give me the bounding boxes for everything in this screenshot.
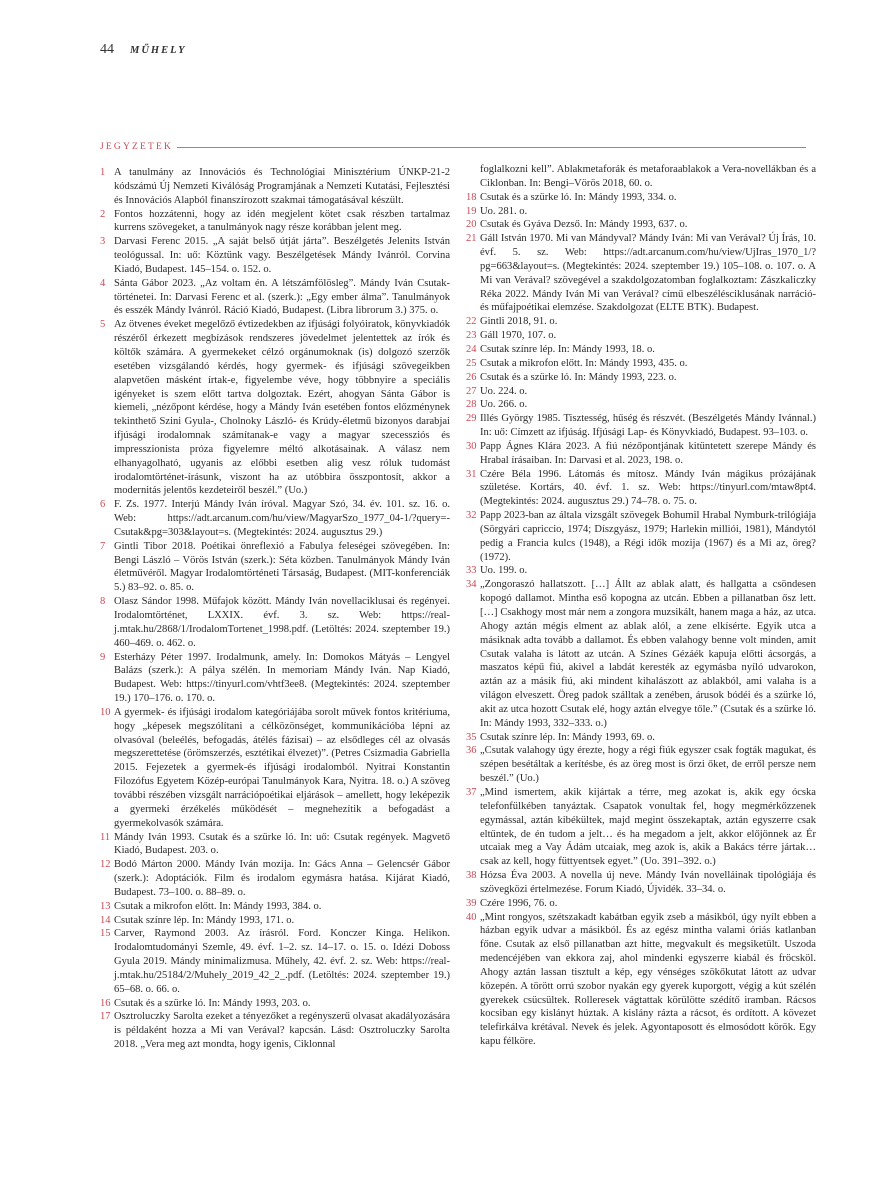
footnote-number: 1 xyxy=(100,166,114,208)
footnote: 34„Zongoraszó hallatszott. […] Állt az a… xyxy=(466,578,816,730)
footnote: 26Csutak és a szürke ló. In: Mándy 1993,… xyxy=(466,371,816,385)
footnote-text: Gáll István 1970. Mi van Mándyval? Mándy… xyxy=(480,232,816,315)
footnote-text: Uo. 281. o. xyxy=(480,205,816,219)
footnote-text: Mándy Iván 1993. Csutak és a szürke ló. … xyxy=(114,831,450,859)
footnote-number: 33 xyxy=(466,564,480,578)
footnote-text: Gintli Tibor 2018. Poétikai önreflexió a… xyxy=(114,540,450,595)
footnote: 30Papp Ágnes Klára 2023. A fiú nézőpontj… xyxy=(466,440,816,468)
footnote: 22Gintli 2018, 91. o. xyxy=(466,315,816,329)
footnote-text: Csutak színre lép. In: Mándy 1993, 18. o… xyxy=(480,343,816,357)
footnote: 5Az ötvenes éveket megelőző évtizedekben… xyxy=(100,318,450,498)
footnote-text: Csutak és a szürke ló. In: Mándy 1993, 2… xyxy=(480,371,816,385)
journal-name: MŰHELY xyxy=(130,45,187,56)
footnote-text: Bodó Márton 2000. Mándy Iván mozija. In:… xyxy=(114,858,450,900)
footnote: 13Csutak a mikrofon előtt. In: Mándy 199… xyxy=(100,900,450,914)
footnote: 8Olasz Sándor 1998. Műfajok között. Mánd… xyxy=(100,595,450,650)
footnote: 18Csutak és a szürke ló. In: Mándy 1993,… xyxy=(466,191,816,205)
footnote: 21Gáll István 1970. Mi van Mándyval? Mán… xyxy=(466,232,816,315)
footnote-number: 38 xyxy=(466,869,480,897)
footnote-number: 26 xyxy=(466,371,480,385)
footnote-number: 21 xyxy=(466,232,480,315)
footnote-number: 8 xyxy=(100,595,114,650)
footnote: 19Uo. 281. o. xyxy=(466,205,816,219)
footnote-text: Csutak a mikrofon előtt. In: Mándy 1993,… xyxy=(114,900,450,914)
footnote-text: Czére 1996, 76. o. xyxy=(480,897,816,911)
footnote: 32Papp 2023-ban az általa vizsgált szöve… xyxy=(466,509,816,564)
footnote: 14Csutak színre lép. In: Mándy 1993, 171… xyxy=(100,914,450,928)
footnote-number: 2 xyxy=(100,208,114,236)
footnote-text: A tanulmány az Innovációs és Technológia… xyxy=(114,166,450,208)
footnote-number: 20 xyxy=(466,218,480,232)
footnote-text: Illés György 1985. Tisztesség, hűség és … xyxy=(480,412,816,440)
footnote: 25Csutak a mikrofon előtt. In: Mándy 199… xyxy=(466,357,816,371)
footnote-text: Az ötvenes éveket megelőző évtizedekben … xyxy=(114,318,450,498)
footnote: 11Mándy Iván 1993. Csutak és a szürke ló… xyxy=(100,831,450,859)
footnote-text: Csutak a mikrofon előtt. In: Mándy 1993,… xyxy=(480,357,816,371)
footnote-text: Csutak színre lép. In: Mándy 1993, 171. … xyxy=(114,914,450,928)
footnote-text: Csutak és Gyáva Dezső. In: Mándy 1993, 6… xyxy=(480,218,816,232)
footnote-number: 18 xyxy=(466,191,480,205)
footnote-text: Osztroluczky Sarolta ezeket a tényezőket… xyxy=(114,1010,450,1052)
footnote-number: 11 xyxy=(100,831,114,859)
footnote-text: Fontos hozzátenni, hogy az idén megjelen… xyxy=(114,208,450,236)
footnote-number: 10 xyxy=(100,706,114,831)
footnote-text: Carver, Raymond 2003. Az írásról. Ford. … xyxy=(114,927,450,996)
footnote: 39Czére 1996, 76. o. xyxy=(466,897,816,911)
footnote-number: 30 xyxy=(466,440,480,468)
footnote-text: Uo. 224. o. xyxy=(480,385,816,399)
footnote: 28Uo. 266. o. xyxy=(466,398,816,412)
footnote-text: Olasz Sándor 1998. Műfajok között. Mándy… xyxy=(114,595,450,650)
footnote-number: 7 xyxy=(100,540,114,595)
footnote: 12Bodó Márton 2000. Mándy Iván mozija. I… xyxy=(100,858,450,900)
section-heading: Jegyzetek xyxy=(100,142,806,152)
footnote-number: 27 xyxy=(466,385,480,399)
footnote-number: 32 xyxy=(466,509,480,564)
running-head: 44 MŰHELY xyxy=(100,42,187,58)
footnote-text: „Zongoraszó hallatszott. […] Állt az abl… xyxy=(480,578,816,730)
footnote-text: Uo. 199. o. xyxy=(480,564,816,578)
footnote-text: Esterházy Péter 1997. Irodalmunk, amely.… xyxy=(114,651,450,706)
footnote-text: Papp Ágnes Klára 2023. A fiú nézőpontján… xyxy=(480,440,816,468)
footnote-number: 37 xyxy=(466,786,480,869)
footnote-text: Csutak és a szürke ló. In: Mándy 1993, 2… xyxy=(114,997,450,1011)
footnote-number: 19 xyxy=(466,205,480,219)
footnote: 40„Mint rongyos, szétszakadt kabátban eg… xyxy=(466,911,816,1049)
footnote-text: „Mint rongyos, szétszakadt kabátban egyi… xyxy=(480,911,816,1049)
page-number: 44 xyxy=(100,42,114,58)
footnote-text: Papp 2023-ban az általa vizsgált szövege… xyxy=(480,509,816,564)
footnote-number: 13 xyxy=(100,900,114,914)
footnote-text: Sánta Gábor 2023. „Az voltam én. A létsz… xyxy=(114,277,450,319)
footnote: 3Darvasi Ferenc 2015. „A saját belső útj… xyxy=(100,235,450,277)
footnote-number: 28 xyxy=(466,398,480,412)
footnote-number: 25 xyxy=(466,357,480,371)
footnote-number: 6 xyxy=(100,498,114,540)
footnote: 24Csutak színre lép. In: Mándy 1993, 18.… xyxy=(466,343,816,357)
footnote-text: Czére Béla 1996. Látomás és mítosz. Mánd… xyxy=(480,468,816,510)
footnote: 27Uo. 224. o. xyxy=(466,385,816,399)
footnote-text: Hózsa Éva 2003. A novella új neve. Mándy… xyxy=(480,869,816,897)
section-title: Jegyzetek xyxy=(100,142,177,152)
footnote: 33Uo. 199. o. xyxy=(466,564,816,578)
footnote: 23Gáll 1970, 107. o. xyxy=(466,329,816,343)
footnote-number: 22 xyxy=(466,315,480,329)
footnote: 4Sánta Gábor 2023. „Az voltam én. A léts… xyxy=(100,277,450,319)
notes-right-column: foglalkozni kell”. Ablakmetaforák és met… xyxy=(466,163,816,1049)
note-17-continuation: foglalkozni kell”. Ablakmetaforák és met… xyxy=(466,163,816,191)
footnote: 36„Csutak valahogy úgy érezte, hogy a ré… xyxy=(466,744,816,786)
footnote-number: 4 xyxy=(100,277,114,319)
footnote: 29Illés György 1985. Tisztesség, hűség é… xyxy=(466,412,816,440)
footnote-number: 15 xyxy=(100,927,114,996)
footnote-text: Csutak és a szürke ló. In: Mándy 1993, 3… xyxy=(480,191,816,205)
footnote: 1A tanulmány az Innovációs és Technológi… xyxy=(100,166,450,208)
footnote: 16Csutak és a szürke ló. In: Mándy 1993,… xyxy=(100,997,450,1011)
footnote-number: 29 xyxy=(466,412,480,440)
footnote-text: Gintli 2018, 91. o. xyxy=(480,315,816,329)
footnote-number: 40 xyxy=(466,911,480,1049)
footnote-number: 39 xyxy=(466,897,480,911)
footnote-number: 23 xyxy=(466,329,480,343)
footnote-text: „Csutak valahogy úgy érezte, hogy a régi… xyxy=(480,744,816,786)
footnote-number: 5 xyxy=(100,318,114,498)
footnote: 17Osztroluczky Sarolta ezeket a tényezők… xyxy=(100,1010,450,1052)
footnote-number: 34 xyxy=(466,578,480,730)
footnote-text: „Mind ismertem, akik kijártak a térre, m… xyxy=(480,786,816,869)
footnote-number: 17 xyxy=(100,1010,114,1052)
footnote-text: Csutak színre lép. In: Mándy 1993, 69. o… xyxy=(480,731,816,745)
footnote: 9Esterházy Péter 1997. Irodalmunk, amely… xyxy=(100,651,450,706)
footnote-text: Uo. 266. o. xyxy=(480,398,816,412)
footnote: 20Csutak és Gyáva Dezső. In: Mándy 1993,… xyxy=(466,218,816,232)
footnote: 35Csutak színre lép. In: Mándy 1993, 69.… xyxy=(466,731,816,745)
footnote-text: Darvasi Ferenc 2015. „A saját belső útjá… xyxy=(114,235,450,277)
footnote-number: 12 xyxy=(100,858,114,900)
footnote: 2Fontos hozzátenni, hogy az idén megjele… xyxy=(100,208,450,236)
footnote: 15Carver, Raymond 2003. Az írásról. Ford… xyxy=(100,927,450,996)
footnote-number: 36 xyxy=(466,744,480,786)
footnote-number: 24 xyxy=(466,343,480,357)
footnote: 38Hózsa Éva 2003. A novella új neve. Mán… xyxy=(466,869,816,897)
section-rule-divider xyxy=(177,147,806,148)
footnote-number: 31 xyxy=(466,468,480,510)
footnote: 31Czére Béla 1996. Látomás és mítosz. Má… xyxy=(466,468,816,510)
notes-left-column: 1A tanulmány az Innovációs és Technológi… xyxy=(100,166,450,1052)
footnote-number: 9 xyxy=(100,651,114,706)
footnote-text: Gáll 1970, 107. o. xyxy=(480,329,816,343)
footnote-number: 35 xyxy=(466,731,480,745)
footnote: 37„Mind ismertem, akik kijártak a térre,… xyxy=(466,786,816,869)
footnote-number: 16 xyxy=(100,997,114,1011)
footnote: 10A gyermek- és ifjúsági irodalom kategó… xyxy=(100,706,450,831)
footnote: 6F. Zs. 1977. Interjú Mándy Iván íróval.… xyxy=(100,498,450,540)
footnote-text: A gyermek- és ifjúsági irodalom kategóri… xyxy=(114,706,450,831)
footnote-text: F. Zs. 1977. Interjú Mándy Iván íróval. … xyxy=(114,498,450,540)
footnote-number: 3 xyxy=(100,235,114,277)
footnote-number: 14 xyxy=(100,914,114,928)
footnote: 7Gintli Tibor 2018. Poétikai önreflexió … xyxy=(100,540,450,595)
